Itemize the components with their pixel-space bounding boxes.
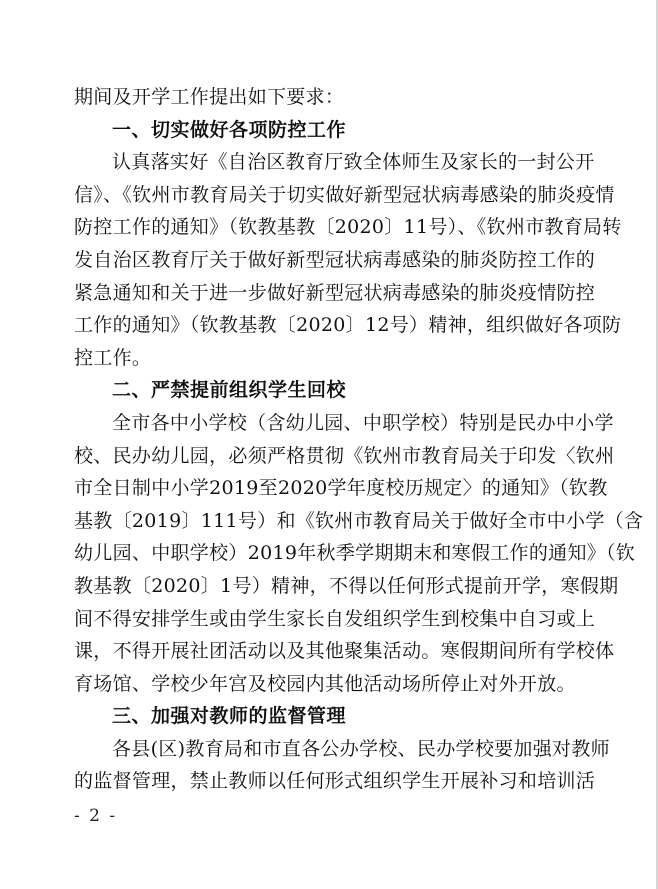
paragraph-line: 信》、《钦州市教育局关于切实做好新型冠状病毒感染的肺炎疫情 xyxy=(74,179,578,212)
section-heading-1: 一、切实做好各项防控工作 xyxy=(74,114,578,147)
paragraph-line: 基教〔2019〕111号）和《钦州市教育局关于做好全市中小学（含 xyxy=(74,505,578,538)
paragraph-line: 教基教〔2020〕1号）精神，不得以任何形式提前开学，寒假期 xyxy=(74,570,578,603)
paragraph-line: 课，不得开展社团活动以及其他聚集活动。寒假期间所有学校体 xyxy=(74,635,578,668)
paragraph-line: 幼儿园、中职学校）2019年秋季学期期末和寒假工作的通知》（钦 xyxy=(74,537,578,570)
paragraph-line: 全市各中小学校（含幼儿园、中职学校）特别是民办中小学 xyxy=(74,407,578,440)
intro-line: 期间及开学工作提出如下要求： xyxy=(74,81,578,114)
paragraph-line: 紧急通知和关于进一步做好新型冠状病毒感染的肺炎疫情防控 xyxy=(74,277,578,310)
paragraph-line: 防控工作的通知》（钦教基教〔2020〕11号）、《钦州市教育局转 xyxy=(74,211,578,244)
paragraph-line: 校、民办幼儿园，必须严格贯彻《钦州市教育局关于印发〈钦州 xyxy=(74,440,578,473)
document-body: 期间及开学工作提出如下要求： 一、切实做好各项防控工作 认真落实好《自治区教育厅… xyxy=(74,81,578,798)
paragraph-line: 工作的通知》（钦教基教〔2020〕12号）精神，组织做好各项防 xyxy=(74,309,578,342)
paragraph-line: 控工作。 xyxy=(74,342,578,375)
section-heading-2: 二、严禁提前组织学生回校 xyxy=(74,374,578,407)
paragraph-line: 发自治区教育厅关于做好新型冠状病毒感染的肺炎防控工作的 xyxy=(74,244,578,277)
page-number: - 2 - xyxy=(74,806,117,826)
section-heading-3: 三、加强对教师的监督管理 xyxy=(74,700,578,733)
paragraph-line: 间不得安排学生或由学生家长自发组织学生到校集中自习或上 xyxy=(74,603,578,636)
paragraph-line: 各县(区)教育局和市直各公办学校、民办学校要加强对教师 xyxy=(74,733,578,766)
document-page: 期间及开学工作提出如下要求： 一、切实做好各项防控工作 认真落实好《自治区教育厅… xyxy=(0,0,656,889)
paragraph-line: 育场馆、学校少年宫及校园内其他活动场所停止对外开放。 xyxy=(74,668,578,701)
paragraph-line: 认真落实好《自治区教育厅致全体师生及家长的一封公开 xyxy=(74,146,578,179)
paragraph-line: 的监督管理，禁止教师以任何形式组织学生开展补习和培训活 xyxy=(74,765,578,798)
paragraph-line: 市全日制中小学2019至2020学年度校历规定〉的通知》（钦教 xyxy=(74,472,578,505)
